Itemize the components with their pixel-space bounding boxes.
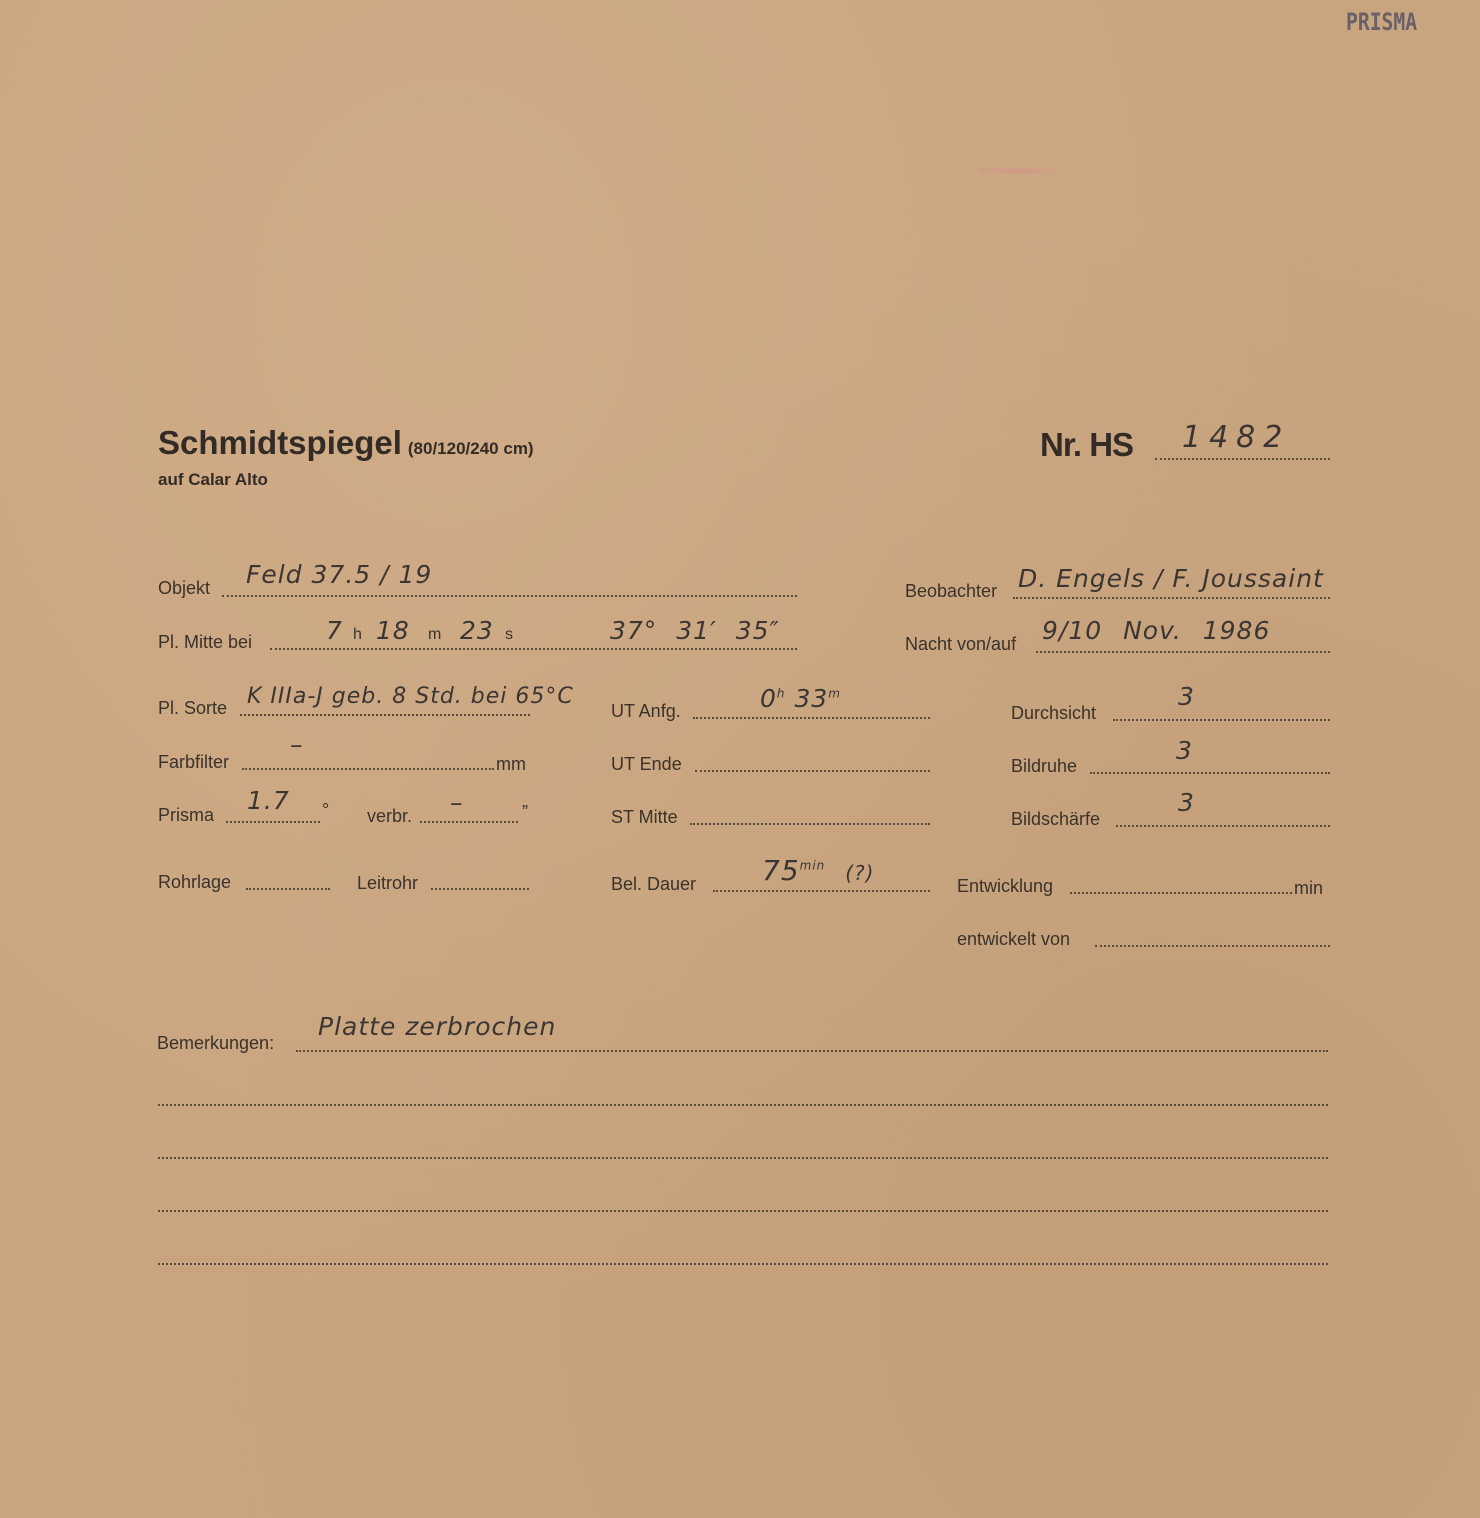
bel-dauer-note: (?) [845, 861, 874, 885]
ra-seconds[interactable]: 23 [460, 616, 494, 645]
bel-dauer-value[interactable]: 75min (?) [762, 854, 874, 887]
title-sizes: (80/120/240 cm) [408, 439, 534, 458]
bildruhe-line [1090, 772, 1330, 774]
ra-hours-unit: h [353, 626, 362, 644]
bildschaerfe-label: Bildschärfe [1011, 809, 1100, 830]
bemerkungen-label: Bemerkungen: [157, 1033, 274, 1054]
ra-minutes-unit: m [428, 626, 441, 644]
pl-mitte-label: Pl. Mitte bei [158, 632, 252, 653]
prisma-label: Prisma [158, 805, 214, 826]
pl-sorte-label: Pl. Sorte [158, 698, 227, 719]
entwicklung-label: Entwicklung [957, 876, 1053, 897]
nacht-line [1036, 651, 1330, 653]
ut-anfg-hours: 0 [760, 684, 777, 713]
form-subtitle: auf Calar Alto [158, 470, 268, 490]
ut-anfg-value[interactable]: 0h 33m [760, 684, 841, 713]
beobachter-value[interactable]: D. Engels / F. Joussaint [1018, 564, 1324, 593]
rohrlage-label: Rohrlage [158, 872, 231, 893]
st-mitte-line [690, 823, 930, 825]
beobachter-label: Beobachter [905, 581, 997, 602]
durchsicht-value[interactable]: 3 [1178, 682, 1195, 711]
st-mitte-label: ST Mitte [611, 807, 678, 828]
pl-sorte-value[interactable]: K IIIa-J geb. 8 Std. bei 65°C [247, 684, 574, 709]
bemerkungen-line-2[interactable] [158, 1104, 1328, 1106]
verbr-line [420, 821, 518, 823]
leitrohr-label: Leitrohr [357, 873, 418, 894]
entwickelt-von-label: entwickelt von [957, 929, 1070, 950]
entwickelt-von-line [1095, 945, 1330, 947]
bemerkungen-line-1 [296, 1050, 1328, 1052]
ut-anfg-hours-unit: h [777, 687, 786, 701]
nacht-label: Nacht von/auf [905, 634, 1016, 655]
bemerkungen-line-5[interactable] [158, 1263, 1328, 1265]
bel-dauer-number: 75 [762, 854, 800, 887]
prisma-stamp: PRISMA [1346, 8, 1417, 36]
plate-number-value[interactable]: 1482 [1182, 420, 1290, 455]
declination-value[interactable]: 37° 31′ 35″ [610, 616, 780, 645]
farbfilter-line [242, 768, 494, 770]
bel-dauer-line [713, 890, 930, 892]
pink-smudge [960, 168, 1070, 174]
farbfilter-unit: mm [496, 754, 526, 775]
title-text: Schmidtspiegel [158, 424, 402, 461]
bemerkungen-value[interactable]: Platte zerbrochen [318, 1012, 556, 1041]
ut-anfg-label: UT Anfg. [611, 701, 681, 722]
rohrlage-line [246, 888, 330, 890]
ut-anfg-minutes: 33 [794, 684, 828, 713]
bel-dauer-unit: min [800, 859, 826, 873]
verbr-value[interactable]: – [450, 788, 464, 817]
bemerkungen-line-3[interactable] [158, 1157, 1328, 1159]
objekt-label: Objekt [158, 578, 210, 599]
ut-anfg-line [693, 717, 930, 719]
prisma-line [226, 821, 320, 823]
bildschaerfe-value[interactable]: 3 [1178, 788, 1195, 817]
bel-dauer-label: Bel. Dauer [611, 874, 696, 895]
prisma-unit: ° [322, 800, 329, 821]
pl-sorte-line [240, 714, 530, 716]
durchsicht-label: Durchsicht [1011, 703, 1096, 724]
ra-hours[interactable]: 7 [326, 616, 343, 645]
pl-mitte-line [270, 648, 797, 650]
objekt-line [222, 595, 797, 597]
prisma-value[interactable]: 1.7 [247, 786, 290, 815]
form-title: Schmidtspiegel(80/120/240 cm) [158, 424, 534, 462]
durchsicht-line [1113, 719, 1330, 721]
entwicklung-line [1070, 892, 1292, 894]
ra-seconds-unit: s [505, 626, 513, 644]
verbr-label: verbr. [367, 806, 412, 827]
beobachter-line [1013, 597, 1330, 599]
plate-number-label: Nr. HS [1040, 426, 1133, 464]
plate-number-line [1155, 458, 1330, 460]
ra-minutes[interactable]: 18 [376, 616, 410, 645]
bemerkungen-line-4[interactable] [158, 1210, 1328, 1212]
nacht-value[interactable]: 9/10 Nov. 1986 [1042, 616, 1270, 645]
verbr-unit: ” [522, 802, 528, 823]
bildschaerfe-line [1116, 825, 1330, 827]
entwicklung-unit: min [1294, 878, 1323, 899]
ut-anfg-minutes-unit: m [828, 687, 841, 701]
farbfilter-value[interactable]: – [290, 730, 304, 759]
ut-ende-label: UT Ende [611, 754, 682, 775]
farbfilter-label: Farbfilter [158, 752, 229, 773]
ut-ende-line [695, 770, 930, 772]
objekt-value[interactable]: Feld 37.5 / 19 [246, 560, 432, 589]
bildruhe-label: Bildruhe [1011, 756, 1077, 777]
bildruhe-value[interactable]: 3 [1176, 736, 1193, 765]
leitrohr-line [431, 888, 529, 890]
